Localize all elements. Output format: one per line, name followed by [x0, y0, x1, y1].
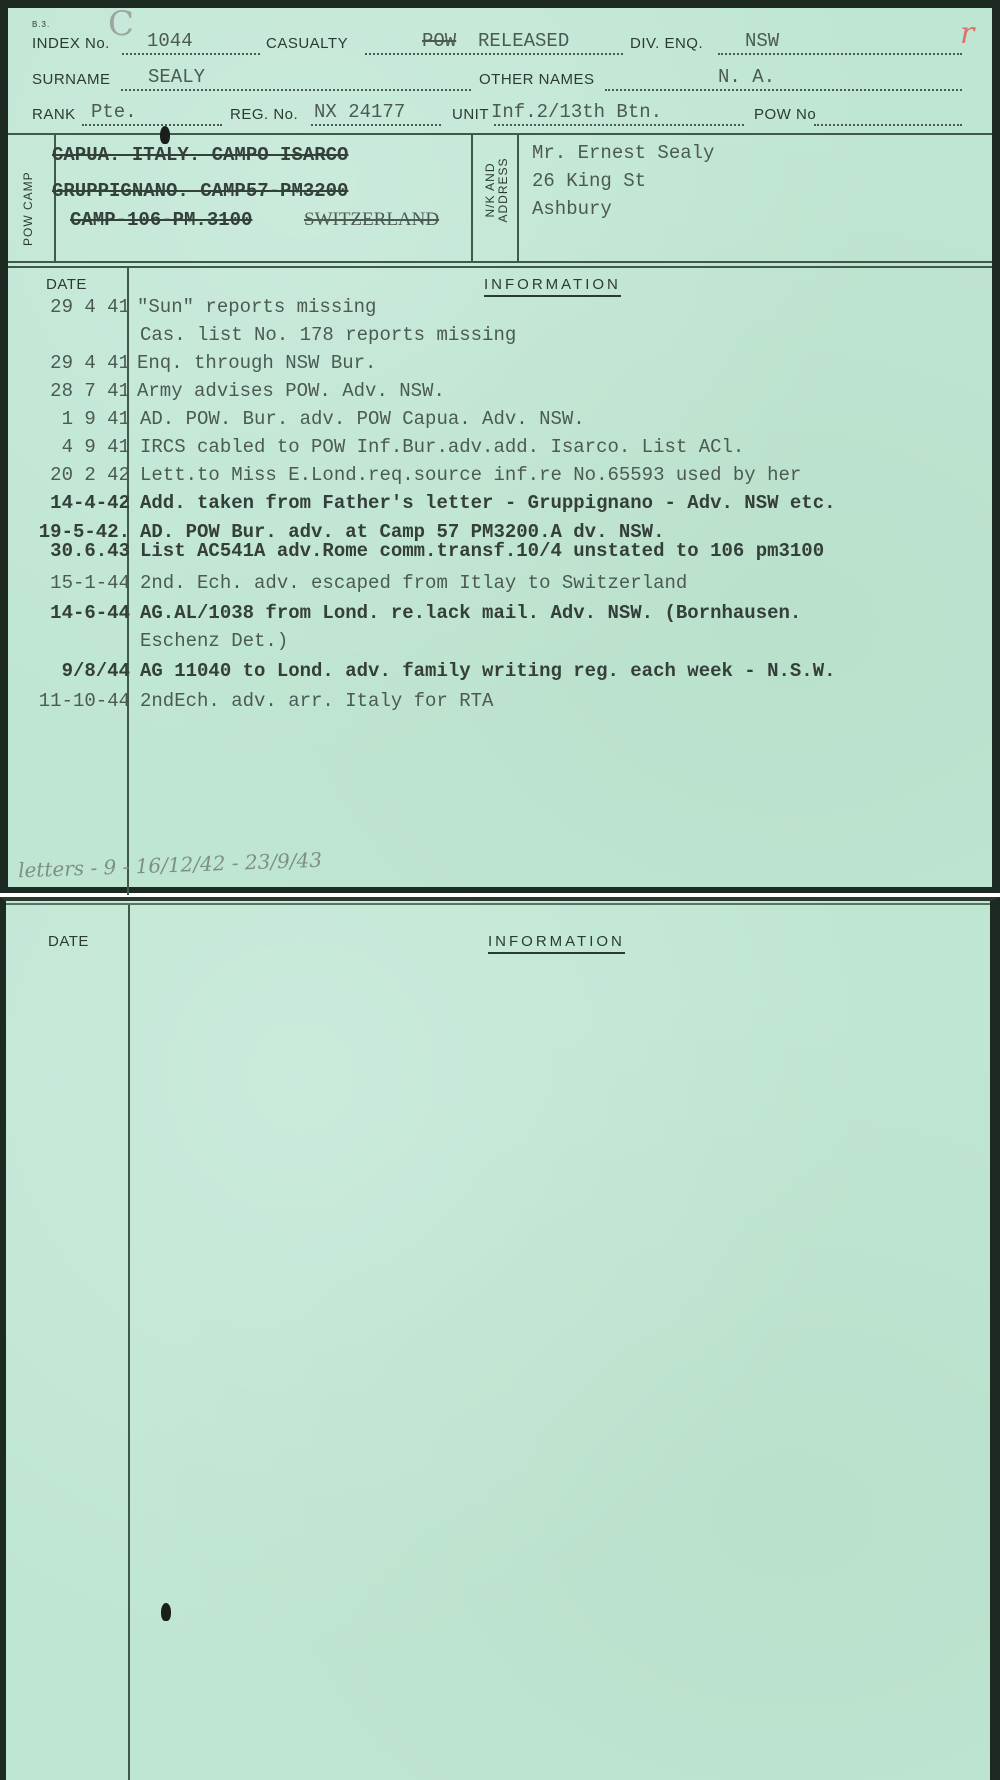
pow-no-dotted-line — [814, 124, 962, 126]
pow-camp-line-3: CAMP-106-PM.3100 — [70, 209, 252, 231]
log-entry-date: 9/8/44 — [62, 660, 130, 682]
casualty-value: RELEASED — [478, 30, 569, 52]
div-enq-value: NSW — [745, 30, 779, 52]
other-names-value: N. A. — [718, 66, 775, 88]
log-entry-information: Lett.to Miss E.Lond.req.source inf.re No… — [140, 464, 801, 486]
log-entry-information: AG 11040 to Lond. adv. family writing re… — [140, 660, 836, 682]
punch-hole — [160, 126, 170, 144]
divider-top — [8, 133, 992, 135]
log-entry-date: 28 7 41 — [50, 380, 130, 402]
casualty-struck-value: POW — [422, 30, 456, 52]
back-date-column-header: DATE — [48, 933, 89, 950]
reg-no-dotted-line — [311, 124, 441, 126]
log-entry-information: Cas. list No. 178 reports missing — [140, 324, 516, 346]
unit-dotted-line — [494, 124, 744, 126]
back-punch-hole — [161, 1603, 171, 1621]
nok-label: N/K AND ADDRESS — [484, 144, 510, 236]
unit-label: UNIT — [452, 106, 489, 123]
log-entry-date: 29 4 41 — [50, 352, 130, 374]
index-no-dotted-line — [122, 53, 260, 55]
nok-street: 26 King St — [532, 170, 646, 192]
log-entry-date: 15-1-44 — [50, 572, 130, 594]
log-entry: 9/8/44AG 11040 to Lond. adv. family writ… — [8, 660, 988, 686]
pow-no-label: POW No — [754, 106, 816, 123]
log-entry: 11-10-442ndEch. adv. arr. Italy for RTA — [8, 690, 988, 716]
date-column-header: DATE — [46, 276, 87, 293]
log-entry: 4 9 41IRCS cabled to POW Inf.Bur.adv.add… — [8, 436, 988, 462]
rank-dotted-line — [82, 124, 222, 126]
unit-value: Inf.2/13th Btn. — [491, 101, 662, 123]
div-enq-label: DIV. ENQ. — [630, 35, 703, 52]
log-entry-information: 2ndEch. adv. arr. Italy for RTA — [140, 690, 493, 712]
log-entry-information: Add. taken from Father's letter - Gruppi… — [140, 492, 836, 514]
information-column-header: INFORMATION — [484, 276, 621, 297]
surname-value: SEALY — [148, 66, 205, 88]
log-entry-information: IRCS cabled to POW Inf.Bur.adv.add. Isar… — [140, 436, 744, 458]
pow-camp-line-4: SWITZERLAND — [304, 209, 439, 231]
log-entry: 20 2 42Lett.to Miss E.Lond.req.source in… — [8, 464, 988, 490]
log-entry-date: 20 2 42 — [50, 464, 130, 486]
log-entry-date: 14-4-42 — [50, 492, 130, 514]
reg-no-value: NX 24177 — [314, 101, 405, 123]
other-names-label: OTHER NAMES — [479, 71, 595, 88]
log-entry: Eschenz Det.) — [8, 630, 988, 656]
log-entry: 15-1-442nd. Ech. adv. escaped from Itlay… — [8, 572, 988, 598]
log-entry-information: List AC541A adv.Rome comm.transf.10/4 un… — [140, 540, 824, 562]
reg-no-label: REG. No. — [230, 106, 298, 123]
divider-nok-label — [517, 135, 519, 261]
pencil-annotation: C — [108, 4, 134, 44]
log-entry-date: 11-10-44 — [39, 690, 130, 712]
log-entry-date: 29 4 41 — [50, 296, 130, 318]
rank-label: RANK — [32, 106, 76, 123]
log-entry-information: Enq. through NSW Bur. — [137, 352, 376, 374]
divider-log-top-2 — [8, 266, 992, 268]
log-entry-date: 14-6-44 — [50, 602, 130, 624]
log-entry: 1 9 41AD. POW. Bur. adv. POW Capua. Adv.… — [8, 408, 988, 434]
log-entry: 14-6-44AG.AL/1038 from Lond. re.lack mai… — [8, 602, 988, 628]
pow-camp-line-2: GRUPPIGNANO. CAMP57-PM3200 — [52, 180, 348, 202]
red-pencil-tick: r — [960, 16, 974, 51]
log-entry-information: AG.AL/1038 from Lond. re.lack mail. Adv.… — [140, 602, 801, 624]
casualty-label: CASUALTY — [266, 35, 348, 52]
log-entry-information: 2nd. Ech. adv. escaped from Itlay to Swi… — [140, 572, 687, 594]
form-code: B.3. — [32, 20, 50, 29]
casualty-dotted-line — [365, 53, 623, 55]
pow-camp-line-1: CAPUA. ITALY. CAMPO ISARCO — [52, 144, 348, 166]
other-names-dotted-line — [605, 89, 962, 91]
log-entry-date: 30.6.43 — [50, 540, 130, 562]
log-entry-information: AD. POW. Bur. adv. POW Capua. Adv. NSW. — [140, 408, 585, 430]
log-entry-date: 1 9 41 — [62, 408, 130, 430]
log-entry: 30.6.43List AC541A adv.Rome comm.transf.… — [8, 540, 988, 566]
nok-label-line-2: ADDRESS — [496, 158, 510, 223]
log-entry-date: 4 9 41 — [62, 436, 130, 458]
log-entry-information: Eschenz Det.) — [140, 630, 288, 652]
pow-camp-label: POW CAMP — [22, 171, 35, 246]
index-no-value: 1044 — [147, 30, 193, 52]
nok-label-line-1: N/K AND — [483, 163, 497, 218]
back-divider-date-info — [128, 905, 130, 1780]
log-entry: 29 4 41Enq. through NSW Bur. — [8, 352, 988, 378]
record-card-back: DATE INFORMATION — [0, 897, 1000, 1780]
handwritten-letters-note: letters - 9 - 16/12/42 - 23/9/43 — [18, 848, 323, 883]
index-no-label: INDEX No. — [32, 35, 110, 52]
nok-name: Mr. Ernest Sealy — [532, 142, 714, 164]
record-card-front: B.3. C r INDEX No. 1044 CASUALTY POW REL… — [0, 0, 1000, 893]
divider-log-top-1 — [8, 261, 992, 263]
rank-value: Pte. — [91, 101, 137, 123]
surname-dotted-line — [121, 89, 471, 91]
log-entry: 29 4 41"Sun" reports missing — [8, 296, 988, 322]
divider-camp-nok — [471, 135, 473, 261]
div-enq-dotted-line — [718, 53, 962, 55]
log-entry-information: Army advises POW. Adv. NSW. — [137, 380, 445, 402]
back-divider-top — [6, 903, 990, 905]
log-entry-information: "Sun" reports missing — [137, 296, 376, 318]
surname-label: SURNAME — [32, 71, 111, 88]
log-entry: 28 7 41Army advises POW. Adv. NSW. — [8, 380, 988, 406]
nok-suburb: Ashbury — [532, 198, 612, 220]
back-information-column-header: INFORMATION — [488, 933, 625, 954]
log-entry: 14-4-42Add. taken from Father's letter -… — [8, 492, 988, 518]
log-entry: Cas. list No. 178 reports missing — [8, 324, 988, 350]
